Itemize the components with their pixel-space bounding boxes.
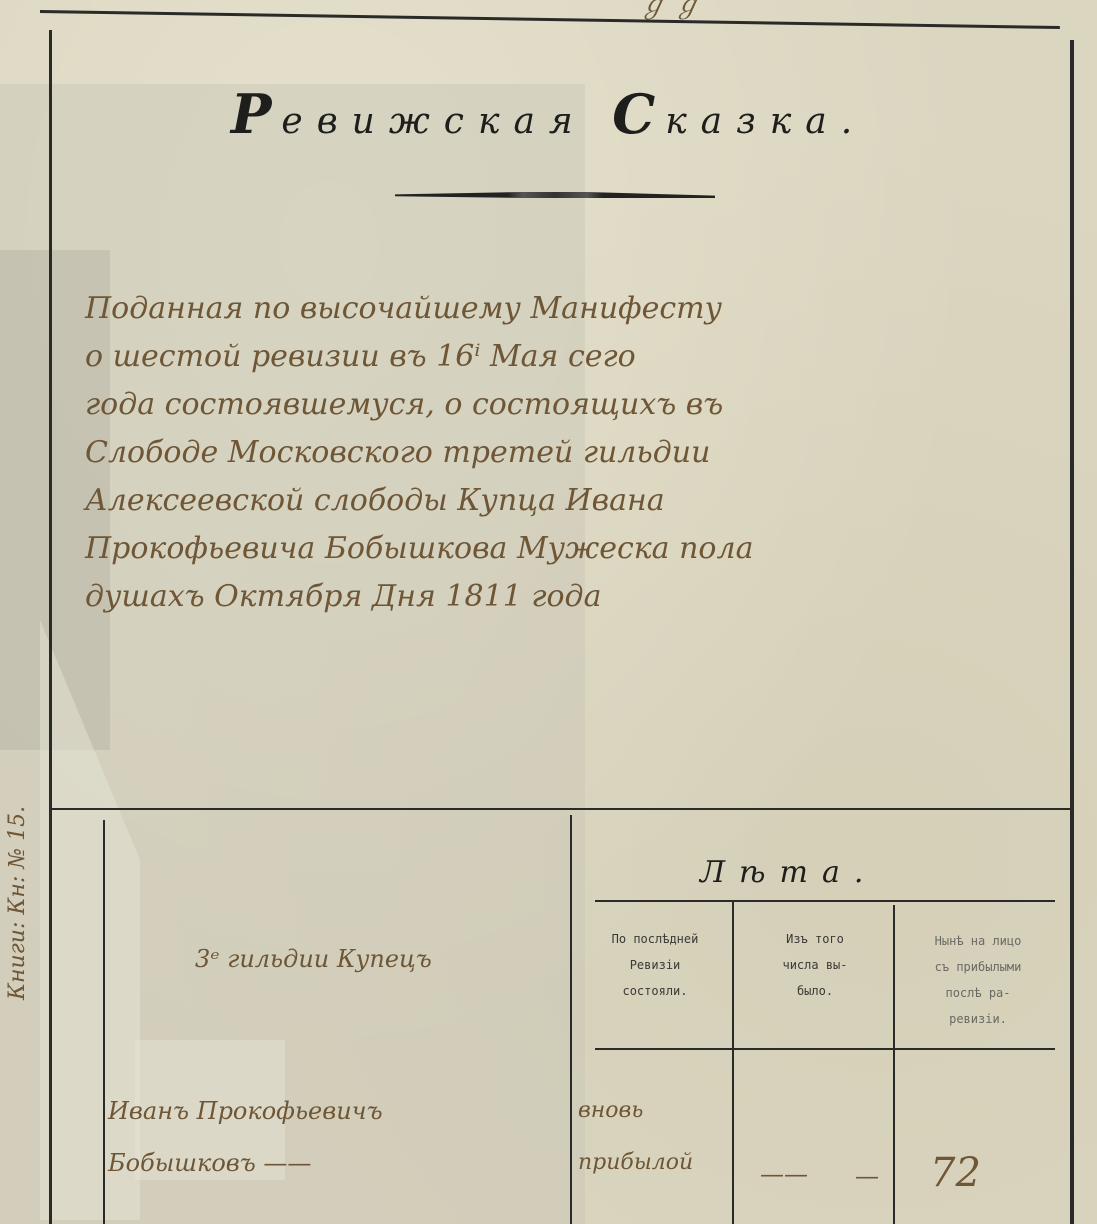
table-top-rule — [52, 808, 1074, 810]
table-column-divider — [570, 815, 572, 1224]
table-column-divider — [103, 820, 105, 1224]
table-column-divider — [893, 905, 895, 1224]
column-header-departed: Изъ того числа вы- было. — [740, 926, 890, 1004]
preamble-line: о шестой ревизии въ 16ⁱ Мая сего — [85, 333, 1070, 381]
column-header-line: Ревизіи — [580, 952, 730, 978]
cell-line: вновь — [578, 1085, 693, 1137]
column-header-line: съ прибылыми — [898, 954, 1058, 980]
table-cell-last-revision: вновь прибылой — [578, 1085, 693, 1189]
left-frame-line — [49, 30, 52, 1224]
rank-label: 3ᵉ гильдии Купецъ — [195, 945, 432, 973]
preamble-line: Слободе Московского третей гильдии — [85, 429, 1070, 477]
preamble-line: Поданная по высочайшему Манифесту — [85, 285, 1070, 333]
table-column-divider — [732, 900, 734, 1224]
column-header-line: Нынѣ на лицо — [898, 928, 1058, 954]
column-header-line: Изъ того — [740, 926, 890, 952]
table-subheader-top-rule — [595, 900, 1055, 902]
table-subheader-bottom-rule — [595, 1048, 1055, 1050]
right-frame-line — [1070, 40, 1074, 1224]
column-header-line: состояли. — [580, 978, 730, 1004]
top-handwritten-mark: ℊ ℊ — [640, 0, 700, 21]
preamble-line: Прокофьевича Бобышкова Мужеска пола — [85, 525, 1070, 573]
cell-line: прибылой — [578, 1137, 693, 1189]
column-header-line: ревизіи. — [898, 1006, 1058, 1032]
column-header-last-revision: По послѣдней Ревизіи состояли. — [580, 926, 730, 1004]
preamble-line: года состоявшемуся, о состоящихъ въ — [85, 381, 1070, 429]
name-line: Бобышковъ —— — [108, 1137, 383, 1189]
table-cell-dash: — — [855, 1162, 879, 1190]
handwritten-preamble: Поданная по высочайшему Манифесту о шест… — [85, 285, 1070, 621]
title-word: евижская — [281, 101, 586, 142]
document-title: Ревижская Сказка. — [0, 82, 1097, 146]
title-word: казка. — [665, 101, 866, 142]
title-initial: Р — [231, 82, 282, 146]
name-line: Иванъ Прокофьевичъ — [108, 1085, 383, 1137]
table-cell-age: 72 — [930, 1150, 981, 1196]
column-header-present-now: Нынѣ на лицо съ прибылыми послѣ ра- реви… — [898, 928, 1058, 1032]
column-header-line: было. — [740, 978, 890, 1004]
preamble-line: Алексеевской слободы Купца Ивана — [85, 477, 1070, 525]
preamble-line: душахъ Октября Дня 1811 года — [85, 573, 1070, 621]
years-column-group-header: Лѣта. — [700, 855, 877, 890]
column-header-line: числа вы- — [740, 952, 890, 978]
table-row-name: Иванъ Прокофьевичъ Бобышковъ —— — [108, 1085, 383, 1189]
column-header-line: послѣ ра- — [898, 980, 1058, 1006]
column-header-line: По послѣдней — [580, 926, 730, 952]
title-initial: С — [612, 82, 665, 146]
table-cell-departed: —— — [760, 1160, 808, 1188]
margin-note: Книги: Кн: № 15. — [5, 806, 30, 1000]
